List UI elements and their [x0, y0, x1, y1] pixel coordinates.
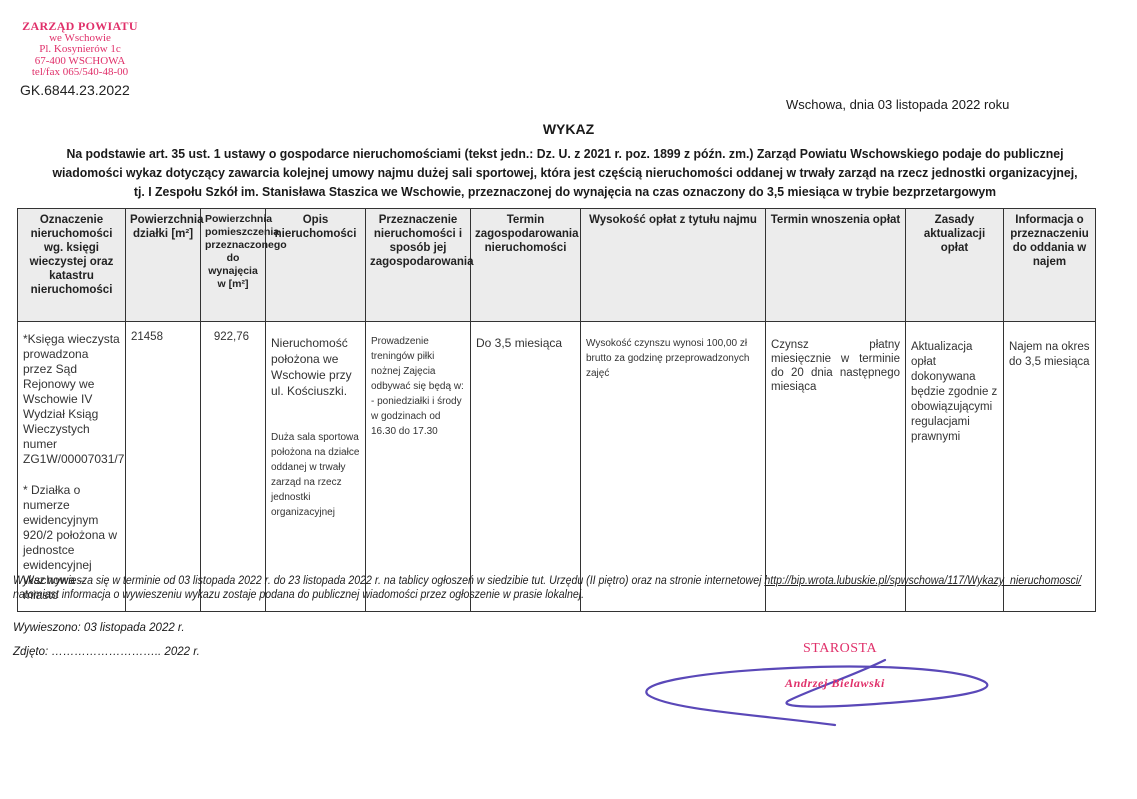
cell-room-area: 922,76: [201, 322, 266, 612]
stamp-line: ZARZĄD POWIATU: [20, 21, 140, 33]
cell-description: Nieruchomość położona we Wschowie przy u…: [266, 322, 366, 612]
header-update-rules: Zasady aktualizacji opłat: [906, 209, 1004, 322]
property-list-table: Oznaczenie nieruchomości wg. księgi wiec…: [17, 208, 1096, 612]
signatory-name: Andrzej Bielawski: [785, 676, 885, 691]
cell-purpose: Prowadzenie treningów piłki nożnej Zajęc…: [366, 322, 471, 612]
description-detail: Duża sala sportowa położona na działce o…: [271, 432, 359, 518]
signatory-title: STAROSTA: [803, 641, 877, 657]
cell-development-term: Do 3,5 miesiąca: [471, 322, 581, 612]
header-lease-info: Informacja o przeznaczeniu do oddania w …: [1004, 209, 1096, 322]
header-payment-term: Termin wnoszenia opłat: [766, 209, 906, 322]
cell-designation: *Księga wieczysta prowadzona przez Sąd R…: [18, 322, 126, 612]
header-room-area: Powierzchnia pomieszczenia przeznaczoneg…: [201, 209, 266, 322]
header-development-term: Termin zagospodarowania nieruchomości: [471, 209, 581, 322]
document-title: WYKAZ: [0, 121, 1137, 137]
cell-fee: Wysokość czynszu wynosi 100,00 zł brutto…: [581, 322, 766, 612]
posting-notice-text: Wykaz wywiesza się w terminie od 03 list…: [13, 575, 764, 587]
cell-plot-area: 21458: [126, 322, 201, 612]
cell-update-rules: Aktualizacja opłat dokonywana będzie zgo…: [906, 322, 1004, 612]
cell-lease-info: Najem na okres do 3,5 miesiąca: [1004, 322, 1096, 612]
office-stamp: ZARZĄD POWIATU we Wschowie Pl. Kosynieró…: [20, 21, 140, 79]
posting-notice-line2: natomiast informacja o wywieszeniu wykaz…: [13, 589, 584, 601]
header-fee: Wysokość opłat z tytułu najmu: [581, 209, 766, 322]
posting-notice: Wykaz wywiesza się w terminie od 03 list…: [13, 574, 1108, 602]
header-purpose: Przeznaczenie nieruchomości i sposób jej…: [366, 209, 471, 322]
bip-link[interactable]: http://bip.wrota.lubuskie.pl/spwschowa/1…: [764, 575, 1081, 587]
reference-number: GK.6844.23.2022: [20, 82, 130, 98]
cell-payment-term: Czynsz płatny miesięcznie w terminie do …: [766, 322, 906, 612]
removed-date: Zdjęto: ……………………….. 2022 r.: [13, 646, 200, 658]
land-register-entry: *Księga wieczysta prowadzona przez Sąd R…: [23, 332, 124, 466]
header-plot-area: Powierzchnia działki [m²]: [126, 209, 201, 322]
header-designation: Oznaczenie nieruchomości wg. księgi wiec…: [18, 209, 126, 322]
header-description: Opis nieruchomości: [266, 209, 366, 322]
stamp-line: Pl. Kosynierów 1c: [20, 44, 140, 56]
posted-date: Wywieszono: 03 listopada 2022 r.: [13, 622, 185, 634]
description-location: Nieruchomość położona we Wschowie przy u…: [271, 336, 352, 398]
table-row: *Księga wieczysta prowadzona przez Sąd R…: [18, 322, 1096, 612]
table-header-row: Oznaczenie nieruchomości wg. księgi wiec…: [18, 209, 1096, 322]
intro-paragraph: Na podstawie art. 35 ust. 1 ustawy o gos…: [49, 144, 1081, 201]
place-date: Wschowa, dnia 03 listopada 2022 roku: [786, 97, 1009, 112]
stamp-line: tel/fax 065/540-48-00: [20, 67, 140, 79]
